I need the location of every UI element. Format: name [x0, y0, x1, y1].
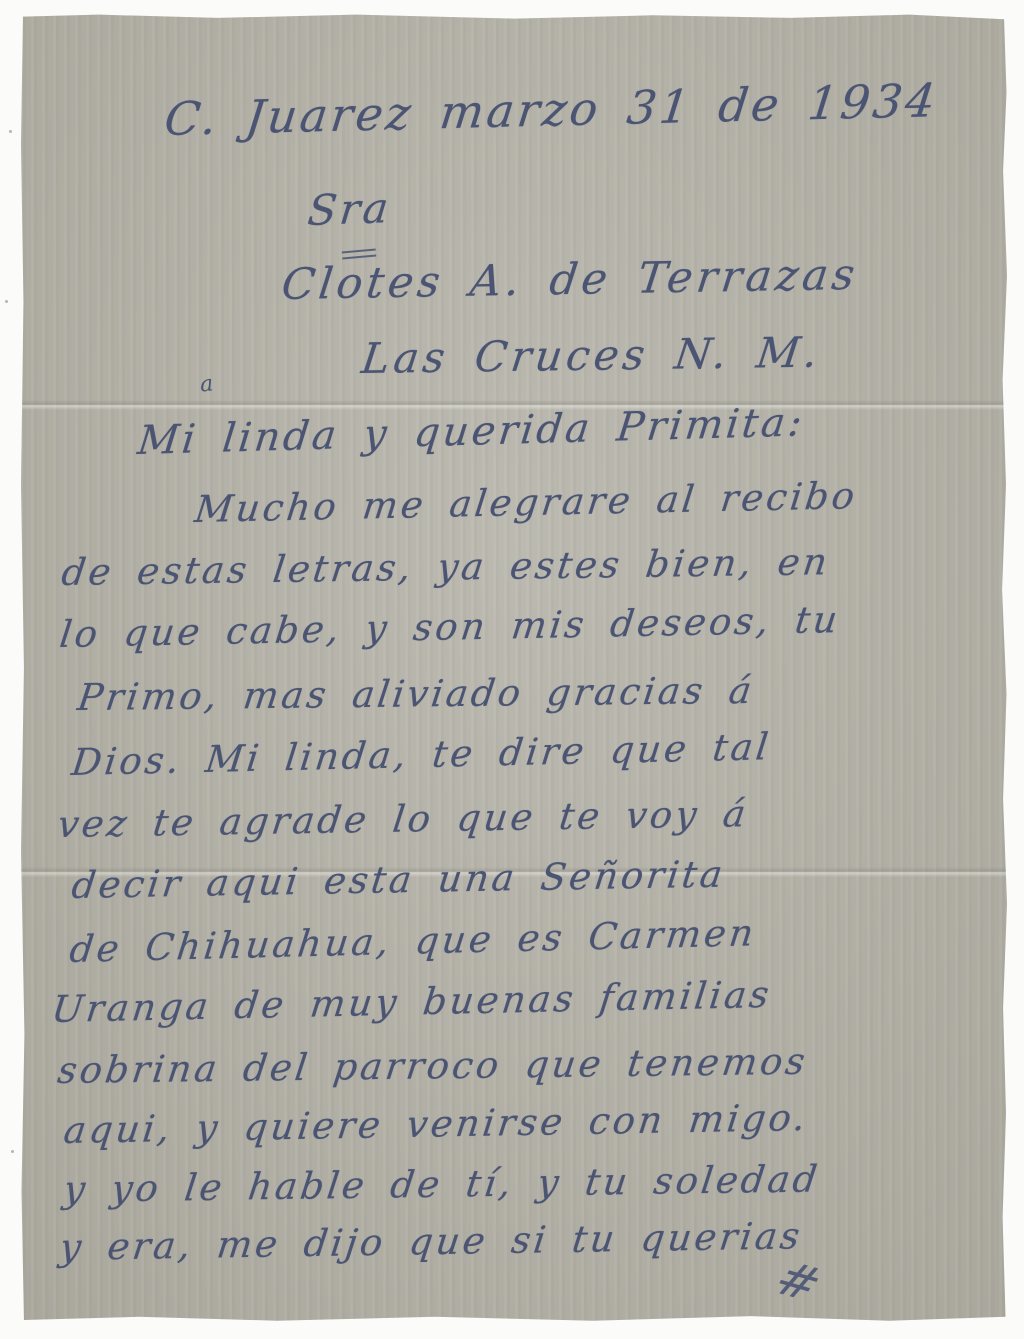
dust-speck: [11, 1150, 14, 1153]
salutation-title: Sra: [305, 183, 393, 235]
body-line: Primo, mas aliviado gracias á: [75, 669, 757, 719]
body-line: Mucho me alegrare al recibo: [192, 474, 859, 531]
flourish-mark: a: [199, 371, 215, 397]
scan-background: C. Juarez marzo 31 de 1934 Sra Clotes A.…: [0, 0, 1024, 1339]
recipient-location: Las Cruces N. M.: [359, 328, 825, 383]
body-line: de Chihuahua, que es Carmen: [68, 911, 759, 971]
greeting-line: Mi linda y querida Primita:: [135, 399, 807, 464]
body-line: vez te agrade lo que te voy á: [55, 792, 751, 846]
body-line: y yo le hable de tí, y tu soledad: [61, 1157, 822, 1211]
dust-speck: [9, 130, 12, 133]
body-line: Dios. Mi linda, te dire que tal: [69, 725, 773, 784]
date-line: C. Juarez marzo 31 de 1934: [162, 73, 941, 146]
page-mark: #: [765, 1251, 831, 1313]
body-line: de estas letras, ya estes bien, en: [59, 540, 832, 594]
recipient-name: Clotes A. de Terrazas: [279, 250, 861, 310]
body-line: lo que cabe, y son mis deseos, tu: [57, 598, 842, 656]
dust-speck: [5, 300, 8, 303]
body-line: aqui, y quiere venirse con migo.: [61, 1096, 811, 1152]
letter-page: C. Juarez marzo 31 de 1934 Sra Clotes A.…: [20, 14, 1008, 1322]
body-line: decir aqui esta una Señorita: [69, 853, 727, 907]
body-line: y era, me dijo que si tu querias: [57, 1214, 805, 1269]
body-line: Uranga de muy buenas familias: [49, 973, 774, 1031]
body-line: sobrina del parroco que tenemos: [55, 1040, 810, 1092]
